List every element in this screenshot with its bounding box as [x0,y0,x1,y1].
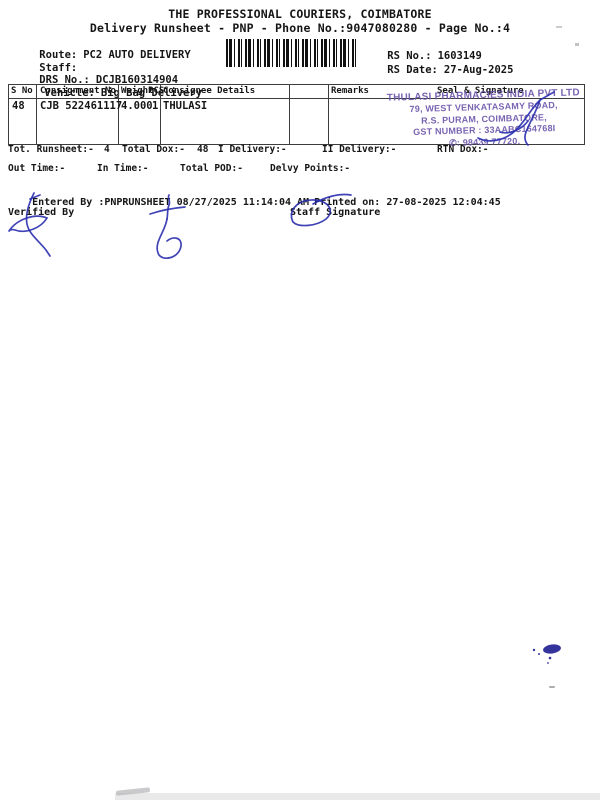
tot-runsheet-value: 4 [104,145,110,155]
i-delivery-label: I Delivery:- [218,145,287,155]
in-time-label: In Time:- [97,164,148,174]
col-header-consignment: Consignment No [40,87,116,97]
rs-date-value: 27-Aug-2025 [444,64,514,76]
cell-consignment: CJB 522461117 [40,101,122,113]
cell-sno: 48 [12,101,25,113]
table-divider-5 [328,85,329,144]
ink-blot [526,636,566,692]
staff-signature-scribble [283,192,355,236]
rtn-dox-label: RTN Dox:- [437,145,488,155]
cell-pcs: 1 [152,101,158,113]
rs-barcode-icon [226,39,357,67]
rs-date-line: RS Date:27-Aug-2025 [362,53,513,88]
total-dox-value: 48 [197,145,208,155]
table-divider-1 [36,85,37,144]
col-header-consignee: Consignee Details [163,87,255,97]
verified-by-signature [4,190,56,260]
tot-runsheet-label: Tot. Runsheet:- [8,145,94,155]
cell-consignee: THULASI [163,101,207,113]
route-value: PC2 AUTO DELIVERY [83,49,190,61]
total-dox-label: Total Dox:- [122,145,185,155]
doc-subtitle: Delivery Runsheet - PNP - Phone No.:9047… [0,22,600,35]
table-divider-4 [289,85,290,144]
scan-artifact-top-2 [575,43,579,46]
printed-on-value: 27-08-2025 12:04:45 [386,197,500,208]
doc-title: THE PROFESSIONAL COURIERS, COIMBATORE [0,8,600,21]
rs-date-label: RS Date: [387,64,438,76]
col-header-remarks: Remarks [331,87,369,97]
col-header-pcs: PCS [148,87,164,97]
scan-edge-shadow [115,793,600,800]
middle-signature [138,192,194,266]
ii-delivery-label: II Delivery:- [322,145,396,155]
col-header-sno: S No [11,87,33,97]
entered-by-value: PNPRUNSHEET 08/27/2025 11:14:04 AM [104,197,309,208]
out-time-label: Out Time:- [8,164,65,174]
cell-weight: 4.000 [121,101,153,113]
total-pod-label: Total POD:- [180,164,243,174]
scan-artifact-top-1 [556,26,562,28]
runsheet-page: THE PROFESSIONAL COURIERS, COIMBATORE De… [0,0,600,800]
delvy-points-label: Delvy Points:- [270,164,350,174]
table-divider-2 [118,85,119,144]
